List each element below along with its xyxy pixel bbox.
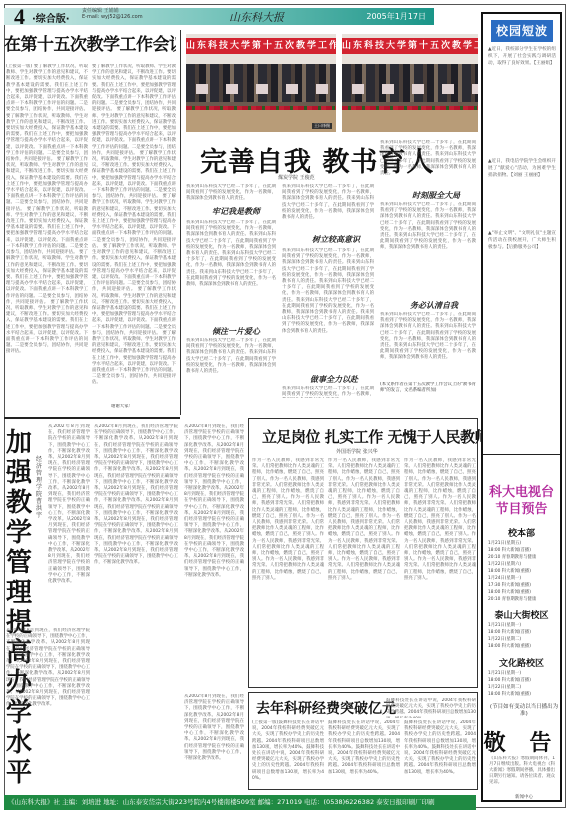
lead-body-text-filler: 要了解教学工作状况，听取教师、学生对教学工作的意见和建议，不断改进工作。要切实加… bbox=[92, 331, 176, 386]
vertical-text: 从2002年8月到现在，我们经济管理学院在学校的正确领导下，围绕教学中心工作，不… bbox=[6, 690, 90, 707]
lead-body-text-filler: 要了解教学工作状况，听取教师、学生对教学工作的意见和建议，不断改进工作。要切实加… bbox=[92, 244, 176, 292]
research-body-col1: (上接第一版)鼓舞科技处长在讲话中说，2004年我校科研经费突破亿元大关，实现了… bbox=[252, 720, 324, 786]
lead-body-text-filler: 要了解教学工作状况，听取教师、学生对教学工作的意见和建议，不断改进工作。要切实加… bbox=[92, 151, 176, 199]
program-line: 20:10 青春期教育与健康 bbox=[488, 596, 560, 603]
feature-col1-top: 我来到山东科技大学已经二十多年了，在此期间我看到了学校的发展变化，作为一名教师，… bbox=[186, 184, 276, 204]
lead-body-text-filler: 要了解教学工作状况，听取教师、学生对教学工作的意见和建议，不断改进工作。要切实加… bbox=[92, 64, 176, 112]
research-text: 鼓舞科技处长在讲话中说，2004年我校科研经费突破亿元大关，实现了我校办学史上的… bbox=[386, 698, 476, 718]
lead-body-col2: 要了解教学工作状况，听取教师、学生对教学工作的意见和建议，不断改进工作。要切实加… bbox=[92, 64, 176, 404]
feature-subhead-5: 时刻服全大局 bbox=[412, 190, 460, 201]
teacher-body-col1: 作为一名人民教师，我感到非常光荣。人们常把教师比作人类灵魂的工程师，比作蜡烛，燃… bbox=[252, 458, 324, 684]
lead-headline: 在第十五次教学工作会议闭幕式上的讲话 bbox=[4, 30, 176, 60]
research-body-col3: 鼓舞科技处长在讲话中说，2004年我校科研经费突破亿元大关，实现了我校办学史上的… bbox=[404, 720, 476, 786]
lead-body-text-filler: 要了解教学工作状况，听取教师、学生对教学工作的意见和建议，不断改进工作。要切实加… bbox=[6, 300, 88, 355]
feature-col1-bottom: 我来到山东科技大学已经二十多年了，在此期间我看到了学校的发展变化，作为一名教师，… bbox=[186, 338, 276, 394]
footer-bar: 《山东科大报》社 主编：刘培进 地址：山东泰安岱宗大街223号院内4号楼南楼50… bbox=[4, 795, 476, 810]
paper-logo: 山东科大报 bbox=[229, 9, 284, 25]
sidebar-divider bbox=[483, 454, 560, 455]
program-line: 20:10 青春期教育与健康 bbox=[488, 554, 560, 561]
feature-text: 我来到山东科技大学已经二十多年了，在此期间我看到了学校的发展变化，作为一名教师，… bbox=[282, 386, 374, 398]
campus-taishan-title: 泰山大街校区 bbox=[483, 608, 560, 621]
tv-title-line1: 科大电视台 bbox=[483, 484, 560, 501]
research-body-top: 鼓舞科技处长在讲话中说，2004年我校科研经费突破亿元大关，实现了我校办学史上的… bbox=[386, 698, 476, 718]
program-line: 18:00 科大新闻(重播) bbox=[488, 643, 560, 650]
conference-photo-1: 山东科技大学第十五次教学工作会 王曰铎摄 bbox=[186, 34, 336, 132]
feature-subhead-4: 做事全力以赴 bbox=[310, 374, 358, 385]
research-body-col2: 鼓舞科技处长在讲话中说，2004年我校科研经费突破亿元大关，实现了我校办学史上的… bbox=[328, 720, 400, 786]
vertical-text: 从2002年8月到现在，我们经济管理学院在学校的正确领导下，围绕教学中心工作，不… bbox=[184, 737, 244, 761]
vertical-text: 从2002年8月到现在，我们经济管理学院在学校的正确领导下，围绕教学中心工作，不… bbox=[48, 548, 90, 584]
section-divider bbox=[4, 417, 180, 419]
lead-body-text-filler: 要了解教学工作状况，听取教师、学生对教学工作的意见和建议，不断改进工作。要切实加… bbox=[6, 157, 88, 212]
program-line: 18:00 科大新闻(重播) bbox=[488, 568, 560, 575]
campus-news-badge: 校园短波 bbox=[491, 20, 553, 42]
sidebar-news-1: ▲近日，我校部分学生在学校的组织下，开展了社会实践与调研活动，取得了良好效果。【… bbox=[488, 46, 556, 156]
section-name: ·综合版· bbox=[32, 10, 70, 25]
feature-byline: 煤炭学院 王俊范 bbox=[278, 174, 315, 181]
feature-col2-mid: 我来到山东科技大学已经二十多年了，在此期间我看到了学校的发展变化，作为一名教师，… bbox=[282, 248, 374, 376]
lead-body-text-filler: 要了解教学工作状况，听取教师、学生对教学工作的意见和建议，不断改进工作。要切实加… bbox=[92, 107, 176, 155]
feature-col2-top: 我来到山东科技大学已经二十多年了，在此期间我看到了学校的发展变化，作为一名教师，… bbox=[282, 184, 374, 230]
program-line: 1月22日(星期二) bbox=[488, 636, 560, 643]
lead-body-text-filler: 要了解教学工作状况，听取教师、学生对教学工作的意见和建议，不断改进工作。要切实加… bbox=[6, 250, 88, 305]
sidebar-news-3: ▲"举止文明"、"文明礼仪"主题宣传活动在我校展开，广大师生积极参与。【后勤服务… bbox=[488, 230, 556, 450]
conference-photo-2: 山东科技大学第十五次教学工作会 bbox=[342, 34, 478, 132]
program-line: 18:00 科大新闻(首播) bbox=[488, 547, 560, 554]
lead-body-text: 要了解教学工作状况，听取教师、学生对教学工作的意见和建议，不断改进工作。要切实加… bbox=[6, 64, 88, 112]
teacher-body-col3: 作为一名人民教师，我感到非常光荣。人们常把教师比作人类灵魂的工程师，比作蜡烛，燃… bbox=[404, 458, 476, 684]
right-sidebar: 校园短波 ▲近日，我校部分学生在学校的组织下，开展了社会实践与调研活动，取得了良… bbox=[481, 12, 562, 802]
program-line: 1月21日(星期五) bbox=[488, 540, 560, 547]
campus-taishan-schedule: 1月21日(星期一) 18:00 科大新闻(首播) 1月22日(星期二) 18:… bbox=[488, 622, 560, 650]
program-line: 1月22日(星期二) bbox=[488, 684, 560, 691]
continuation-note: (上接第一版) bbox=[252, 720, 278, 725]
campus-main-schedule: 1月21日(星期五) 18:00 科大新闻(首播) 20:10 青春期教育与健康… bbox=[488, 540, 560, 603]
lead-body-col1: (上接第一版) 要了解教学工作状况，听取教师、学生对教学工作的意见和建议，不断改… bbox=[6, 64, 88, 364]
vertical-body-col3b: 从2002年8月到现在，我们经济管理学院在学校的正确领导下，围绕教学中心工作，不… bbox=[184, 694, 244, 788]
vertical-body-col3: 从2002年8月到现在，我们经济管理学院在学校的正确领导下，围绕教学中心工作，不… bbox=[184, 424, 244, 690]
campus-main-title: 校本部 bbox=[483, 526, 560, 539]
notice-title: 敬 告 bbox=[483, 726, 560, 757]
feature-col3-top: 我来到山东科技大学已经二十多年了，在此期间我看到了学校的发展变化，作为一名教师，… bbox=[380, 140, 476, 186]
feature-col3-bottom: 我来到山东科技大学已经二十多年了，在此期间我看到了学校的发展变化，作为一名教师，… bbox=[380, 312, 476, 378]
program-line: 1月24日(星期一) bbox=[488, 575, 560, 582]
column-divider bbox=[180, 30, 181, 415]
sidebar-news-2: ▲近日，我电信学院学生会组织开展了"献爱心"活动，为困难学生捐款捐物。【刘丽 王… bbox=[488, 158, 556, 228]
feature-subhead-3: 树立较高意识 bbox=[312, 234, 360, 245]
photo-credit: 王曰铎摄 bbox=[312, 123, 332, 129]
feature-text: 我来到山东科技大学已经二十多年了，在此期间我看到了学校的发展变化，作为一名教师，… bbox=[380, 233, 476, 250]
campus-wenhua-title: 文化路校区 bbox=[483, 656, 560, 669]
lead-closing: 谢谢大家！ bbox=[92, 404, 152, 412]
vertical-body-col2: 从2002年8月到现在，我们经济管理学院在学校的正确领导下，围绕教学中心工作，不… bbox=[94, 424, 178, 788]
vertical-body-col1: 从2002年8月到现在，我们经济管理学院在学校的正确领导下，围绕教学中心工作，不… bbox=[48, 424, 90, 624]
feature-col1-mid: 我来到山东科技大学已经二十多年了，在此期间我看到了学校的发展变化，作为一名教师，… bbox=[186, 220, 276, 324]
feature-col3-mid: 我来到山东科技大学已经二十多年了，在此期间我看到了学校的发展变化，作为一名教师，… bbox=[380, 202, 476, 276]
vertical-byline: 经济管理学院 曹洪宇 bbox=[36, 456, 46, 519]
photo-banner: 山东科技大学第十五次教学工作会 bbox=[342, 38, 478, 54]
notice-body: 《山东科大报》寒假期间休刊，1月7日继续出版。科大电视台《科大新闻》寒假期间停播… bbox=[489, 756, 555, 794]
research-headline: 去年科研经费突破亿元 bbox=[256, 698, 396, 718]
notice-signer: 新闻中心 bbox=[488, 794, 560, 801]
feature-footnote: (本文系作者在第十五次教学工作会议上的"教书育师"的发言，文名系编者所加) bbox=[380, 382, 476, 396]
program-line: 18:00 科大新闻(重播) bbox=[488, 691, 560, 698]
teacher-body-col2: 作为一名人民教师，我感到非常光荣。人们常把教师比作人类灵魂的工程师，比作蜡烛，燃… bbox=[328, 458, 400, 684]
issue-date: 2005年1月17日 bbox=[366, 11, 426, 22]
program-line: 1月21日(星期一) bbox=[488, 670, 560, 677]
vertical-body-col1b: 从2002年8月到现在，我们经济管理学院在学校的正确领导下，围绕教学中心工作，不… bbox=[6, 628, 90, 788]
editor-info: 责任编辑 王娟娟 E-mail: wyj52@126.com bbox=[82, 8, 202, 20]
lead-body-text-filler: 要了解教学工作状况，听取教师、学生对教学工作的意见和建议，不断改进工作。要切实加… bbox=[6, 207, 88, 255]
feature-text: 我来到山东科技大学已经二十多年了，在此期间我看到了学校的发展变化，作为一名教师，… bbox=[380, 343, 476, 360]
program-line: 1月21日(星期一) bbox=[488, 622, 560, 629]
page-number: 4 bbox=[14, 4, 25, 30]
research-text: 鼓舞科技处长在讲话中说，2004年我校科研经费突破亿元大关，实现了我校办学史上的… bbox=[252, 745, 324, 781]
continuation-note: (上接第一版) bbox=[6, 64, 32, 69]
feature-text: 我来到山东科技大学已经二十多年了，在此期间我看到了学校的发展变化，作为一名教师，… bbox=[186, 184, 276, 201]
editor-email: E-mail: wyj52@126.com bbox=[82, 14, 202, 20]
lead-body-text-filler: 要了解教学工作状况，听取教师、学生对教学工作的意见和建议，不断改进工作。要切实加… bbox=[6, 114, 88, 162]
photo-banner: 山东科技大学第十五次教学工作会 bbox=[186, 38, 336, 54]
program-line: 18:00 科大新闻(首播) bbox=[488, 677, 560, 684]
vertical-text: 从2002年8月到现在，我们经济管理学院在学校的正确领导下，围绕教学中心工作，不… bbox=[184, 554, 244, 578]
program-change-note: (节目如有变动以当日播出为准) bbox=[488, 704, 560, 718]
feature-subhead-2: 倾注一片爱心 bbox=[212, 326, 260, 337]
vertical-text: 从2002年8月到现在，我们经济管理学院在学校的正确领导下，围绕教学中心工作，不… bbox=[94, 548, 178, 565]
feature-subhead-1: 牢记我是教师 bbox=[212, 206, 260, 217]
masthead-bar: 4 ·综合版· 责任编辑 王娟娟 E-mail: wyj52@126.com 山… bbox=[4, 8, 434, 25]
program-line: 18:00 科大新闻(重播) bbox=[488, 589, 560, 596]
feature-col2-bottom: 我来到山东科技大学已经二十多年了，在此期间我看到了学校的发展变化，作为一名教师，… bbox=[282, 386, 374, 398]
lead-body-text-filler: 要了解教学工作状况，听取教师、学生对教学工作的意见和建议，不断改进工作。要切实加… bbox=[92, 194, 176, 249]
program-line: 1月22日(星期六) bbox=[488, 561, 560, 568]
feature-subhead-6: 务必认清自我 bbox=[410, 300, 458, 311]
feature-text: 我来到山东科技大学已经二十多年了，在此期间我看到了学校的发展变化，作为一名教师，… bbox=[186, 270, 276, 287]
program-line: 18:00 科大新闻(首播) bbox=[488, 629, 560, 636]
lead-body-text-filler: 要了解教学工作状况，听取教师、学生对教学工作的意见和建议，不断改进工作。要切实加… bbox=[92, 287, 176, 335]
teacher-byline: 外国语学院 张兴华 bbox=[336, 448, 378, 455]
campus-wenhua-schedule: 1月21日(星期一) 18:00 科大新闻(首播) 1月22日(星期二) 18:… bbox=[488, 670, 560, 698]
tv-title-line2: 节目预告 bbox=[483, 501, 560, 518]
program-line: 17:30 科大新闻(重播) bbox=[488, 582, 560, 589]
